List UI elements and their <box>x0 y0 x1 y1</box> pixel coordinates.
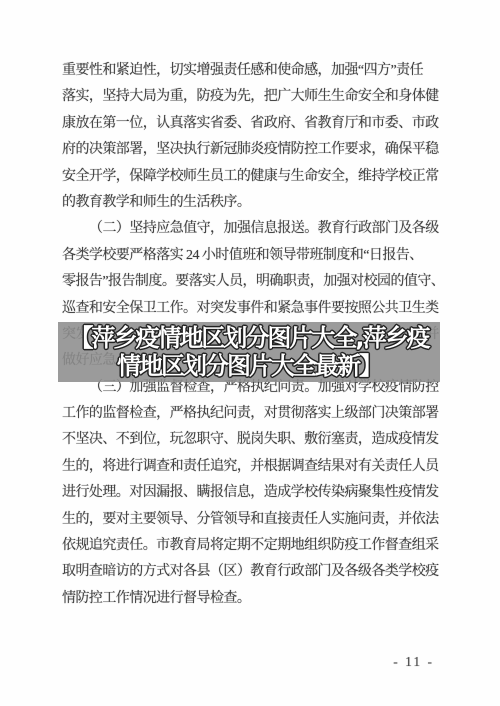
page-number: - 11 - <box>393 654 434 670</box>
overlay-title-banner[interactable]: 【萍乡疫情地区划分图片大全,萍乡疫 情地区划分图片大全最新】 <box>58 322 440 382</box>
document-line: 进行处理。对因漏报、瞒报信息，造成学校传染病聚集性疫情发 <box>62 480 439 506</box>
document-line: （二）坚持应急值守，加强信息报送。教育行政部门及各级 <box>62 216 439 242</box>
document-line: 各类学校要严格落实 24 小时值班和领导带班制度和“日报告、 <box>62 243 439 269</box>
document-line: 康放在第一位，认真落实省委、省政府、省教育厅和市委、市政 <box>62 111 439 137</box>
document-line: 巡查和安全保卫工作。对突发事件和紧急事件要按照公共卫生类 <box>62 296 439 322</box>
document-line: 生的，将进行调查和责任追究，并根据调查结果对有关责任人员 <box>62 454 439 480</box>
document-line: 工作的监督检查，严格执纪问责，对贯彻落实上级部门决策部署 <box>62 401 439 427</box>
document-line: 重要性和紧迫性，切实增强责任感和使命感，加强“四方”责任 <box>62 58 439 84</box>
document-line: 零报告”报告制度。要落实人员，明确职责，加强对校园的值守、 <box>62 269 439 295</box>
scanned-document-page: 重要性和紧迫性，切实增强责任感和使命感，加强“四方”责任落实，坚持大局为重，防疫… <box>0 0 500 706</box>
document-line: 的教育教学和师生的生活秩序。 <box>62 190 439 216</box>
document-line: 府的决策部署，坚决执行新冠肺炎疫情防控工作要求，确保平稳 <box>62 137 439 163</box>
document-line: 依规追究责任。市教育局将定期不定期地组织防疫工作督查组采 <box>62 533 439 559</box>
document-line: 不坚决、不到位，玩忽职守、脱岗失职、敷衍塞责，造成疫情发 <box>62 427 439 453</box>
document-line: 情防控工作情况进行督导检查。 <box>62 586 439 612</box>
document-line: 取明查暗访的方式对各县（区）教育行政部门及各级各类学校疫 <box>62 559 439 585</box>
document-line: 安全开学，保障学校师生员工的健康与生命安全，维持学校正常 <box>62 164 439 190</box>
document-line: 落实，坚持大局为重，防疫为先，把广大师生生命安全和身体健 <box>62 84 439 110</box>
overlay-title-line-2: 情地区划分图片大全最新】 <box>117 352 381 380</box>
overlay-title-line-1: 【萍乡疫情地区划分图片大全,萍乡疫 <box>69 324 428 352</box>
document-line: 生的，要对主要领导、分管领导和直接责任人实施问责，并依法 <box>62 507 439 533</box>
